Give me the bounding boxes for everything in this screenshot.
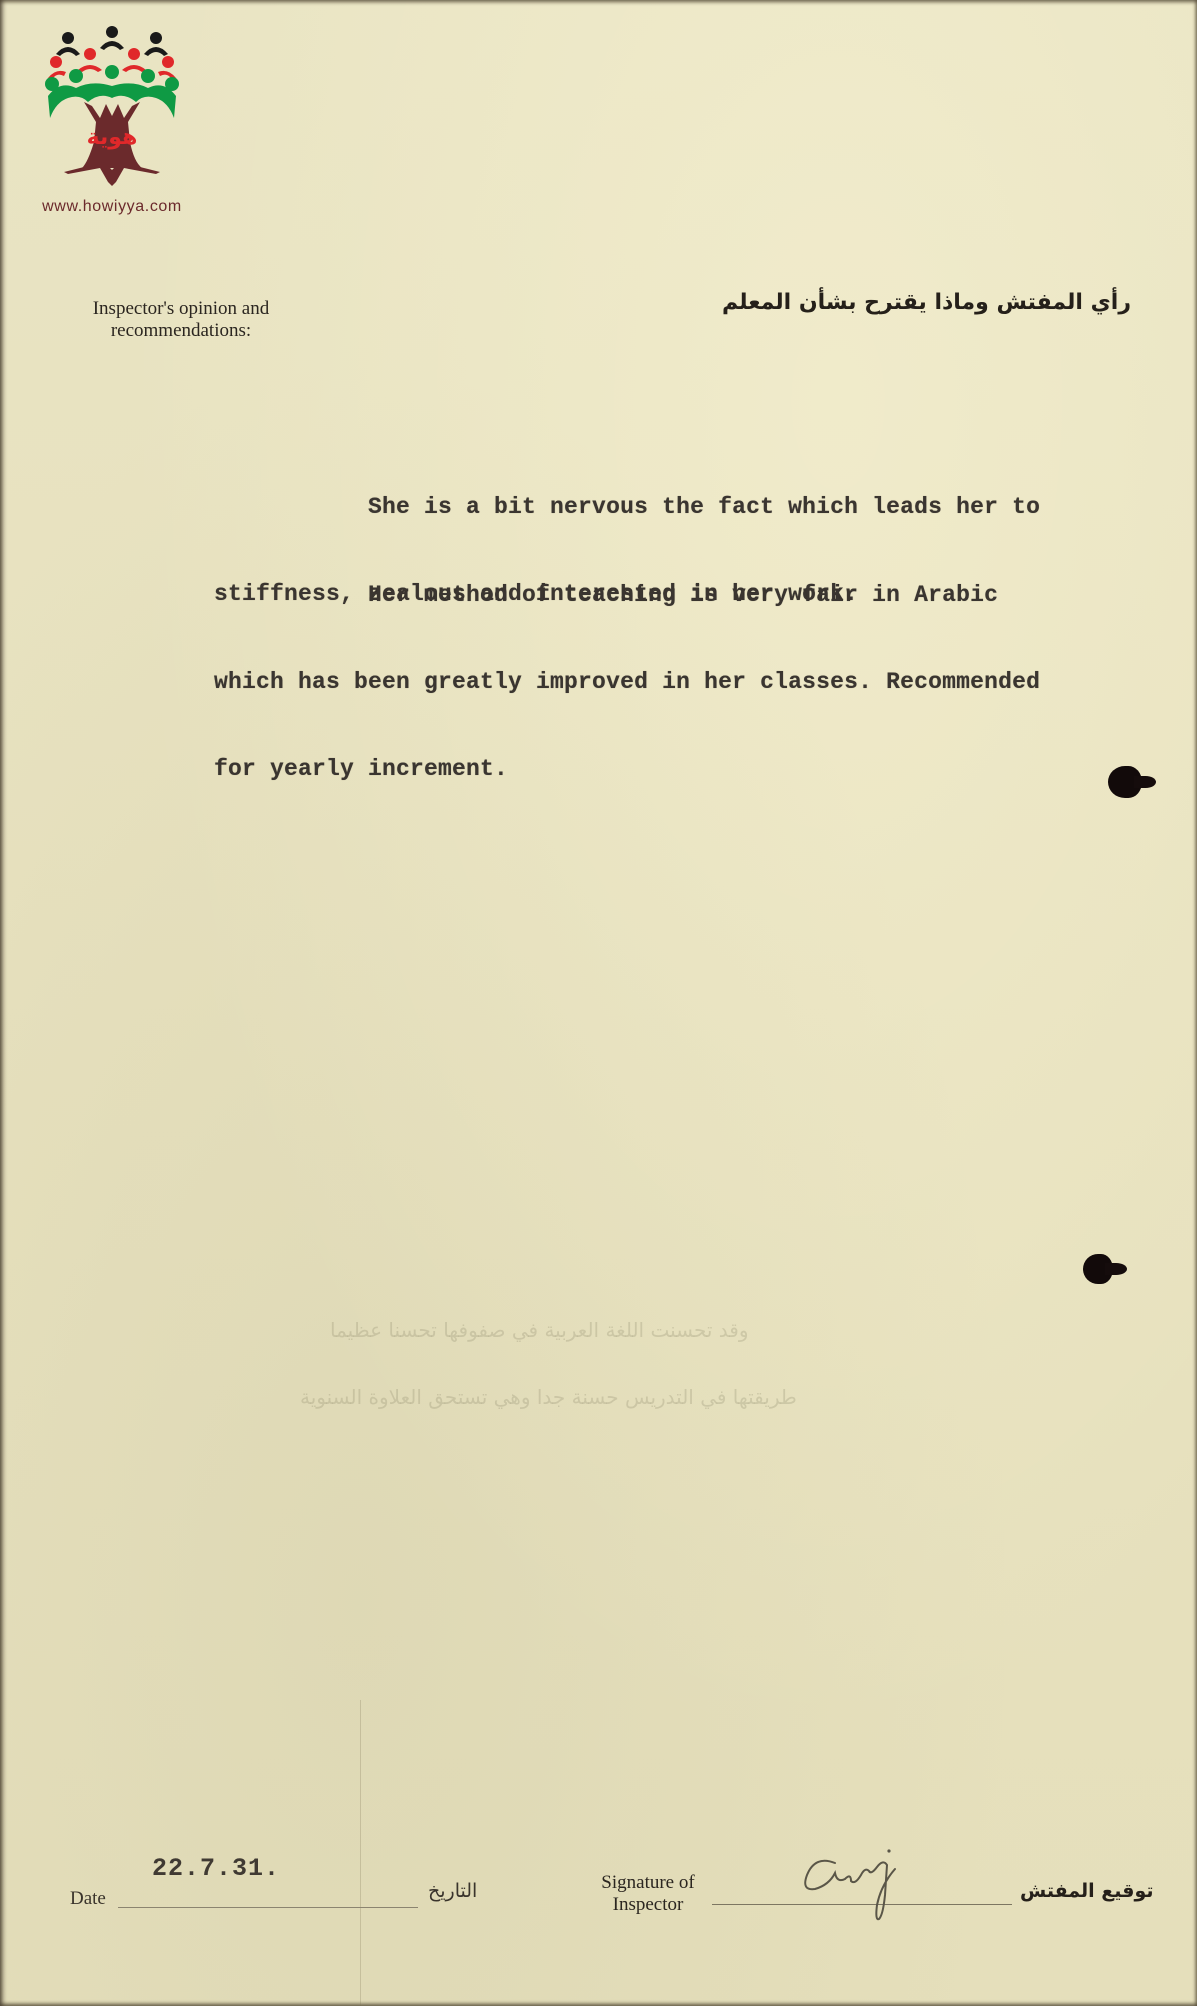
svg-text:هوية: هوية: [87, 125, 138, 150]
punch-hole: [1108, 766, 1142, 798]
date-line: [118, 1907, 418, 1908]
typed-line: which has been greatly improved in her c…: [214, 668, 1114, 697]
inspector-opinion-label-arabic: رأي المفتش وماذا يقترح بشأن المعلم: [722, 290, 1131, 315]
bleed-through-line-1: وقد تحسنت اللغة العربية في صفوفها تحسنا …: [330, 1318, 749, 1342]
signature-label-line1: Signature of: [588, 1872, 708, 1894]
date-label-arabic: التاريخ: [428, 1880, 477, 1902]
typed-paragraph-2: Her method of teaching is very fair in A…: [214, 523, 1114, 842]
inspector-opinion-label-line1: Inspector's opinion and: [66, 298, 296, 320]
watermark-url: www.howiyya.com: [22, 198, 202, 216]
typed-line: Her method of teaching is very fair in A…: [214, 581, 1114, 610]
signature-label-line2: Inspector: [588, 1894, 708, 1916]
punch-hole: [1083, 1254, 1113, 1284]
howiyya-tree-logo-icon: هوية: [44, 22, 180, 192]
bleed-through-line-2: طريقتها في التدريس حسنة جدا وهي تستحق ال…: [300, 1385, 797, 1409]
handwritten-signature-icon: [795, 1845, 925, 1925]
date-label: Date: [70, 1888, 106, 1910]
fold-line: [360, 1700, 361, 2006]
inspector-opinion-label: Inspector's opinion and recommendations:: [66, 298, 296, 342]
howiyya-logo: هوية www.howiyya.com: [22, 22, 202, 222]
typed-line: for yearly increment.: [214, 755, 1114, 784]
signature-label-arabic: توقيع المفتش: [1020, 1880, 1154, 1902]
signature-label: Signature of Inspector: [588, 1872, 708, 1916]
inspector-opinion-label-line2: recommendations:: [66, 320, 296, 342]
typed-line: She is a bit nervous the fact which lead…: [214, 493, 1114, 522]
document-page: هوية www.howiyya.com Inspector's opinion…: [0, 0, 1197, 2006]
date-value: 22.7.31.: [152, 1854, 280, 1883]
